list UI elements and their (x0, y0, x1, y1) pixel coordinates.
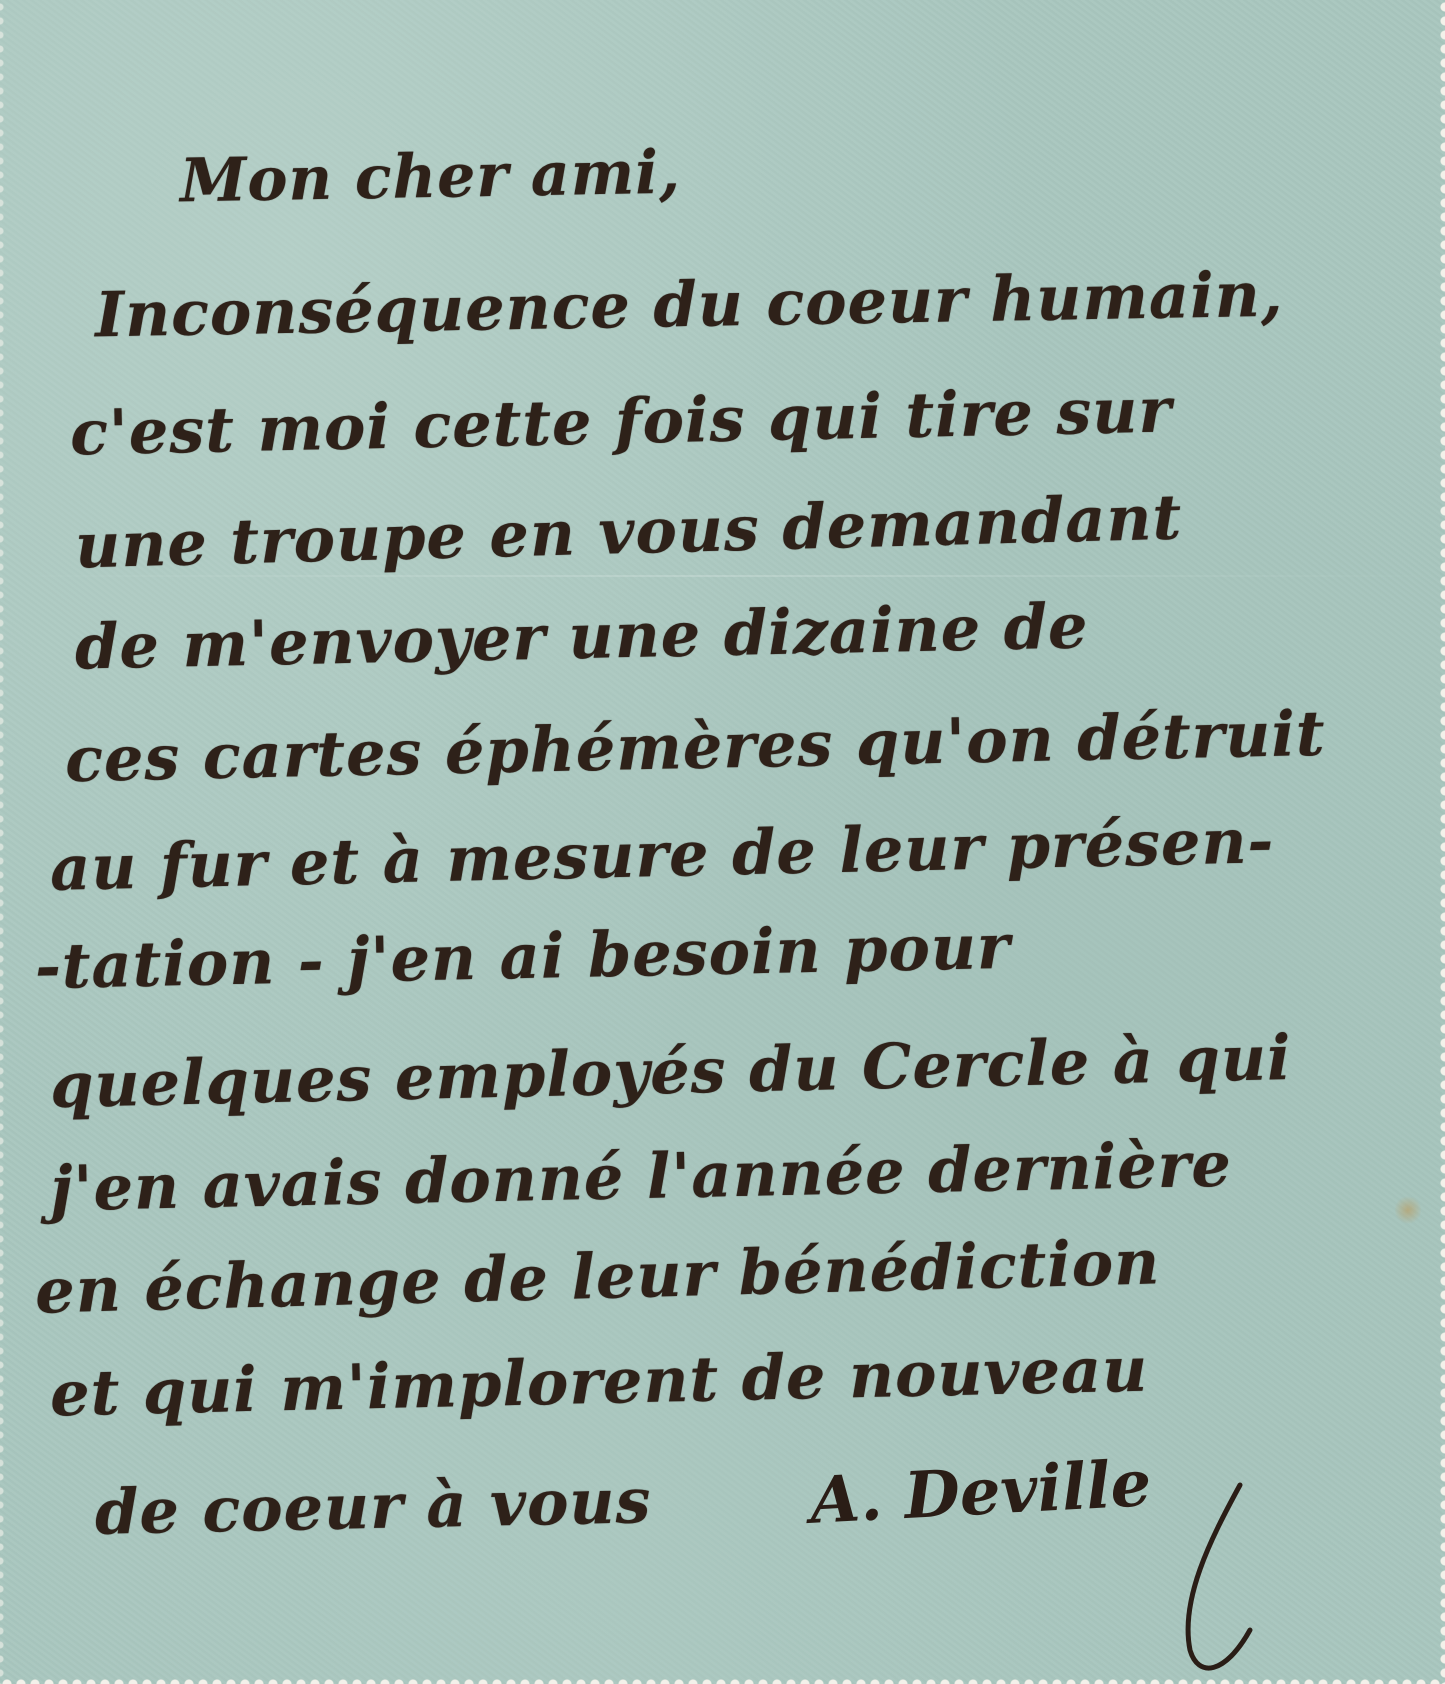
foxing-stain (1395, 1195, 1421, 1225)
letter-line: j'en avais donné l'année dernière (49, 1128, 1232, 1226)
perforated-edge-right (1435, 0, 1445, 1684)
salutation: Mon cher ami, (179, 138, 681, 217)
letter-line: et qui m'implorent de nouveau (49, 1333, 1149, 1431)
letter-line: c'est moi cette fois qui tire sur (69, 373, 1172, 469)
letter-line: au fur et à mesure de leur présen- (49, 804, 1275, 905)
closing-line: de coeur à vous (94, 1464, 652, 1549)
letter-line: de m'envoyer une dizaine de (74, 589, 1089, 683)
signature-flourish-icon (1170, 1480, 1260, 1680)
signature: A. Deville (808, 1446, 1153, 1539)
letter-line: une troupe en vous demandant (74, 481, 1183, 583)
perforated-edge-left (0, 0, 4, 1684)
letter-card: Mon cher ami, Inconséquence du coeur hum… (0, 0, 1445, 1684)
letter-line: Inconséquence du coeur humain, (94, 258, 1283, 352)
letter-line: quelques employés du Cercle à qui (49, 1021, 1292, 1122)
letter-line: -tation - j'en ai besoin pour (34, 910, 1011, 1003)
letter-line: ces cartes éphémères qu'on détruit (64, 697, 1326, 796)
letter-line: en échange de leur bénédiction (34, 1225, 1161, 1327)
